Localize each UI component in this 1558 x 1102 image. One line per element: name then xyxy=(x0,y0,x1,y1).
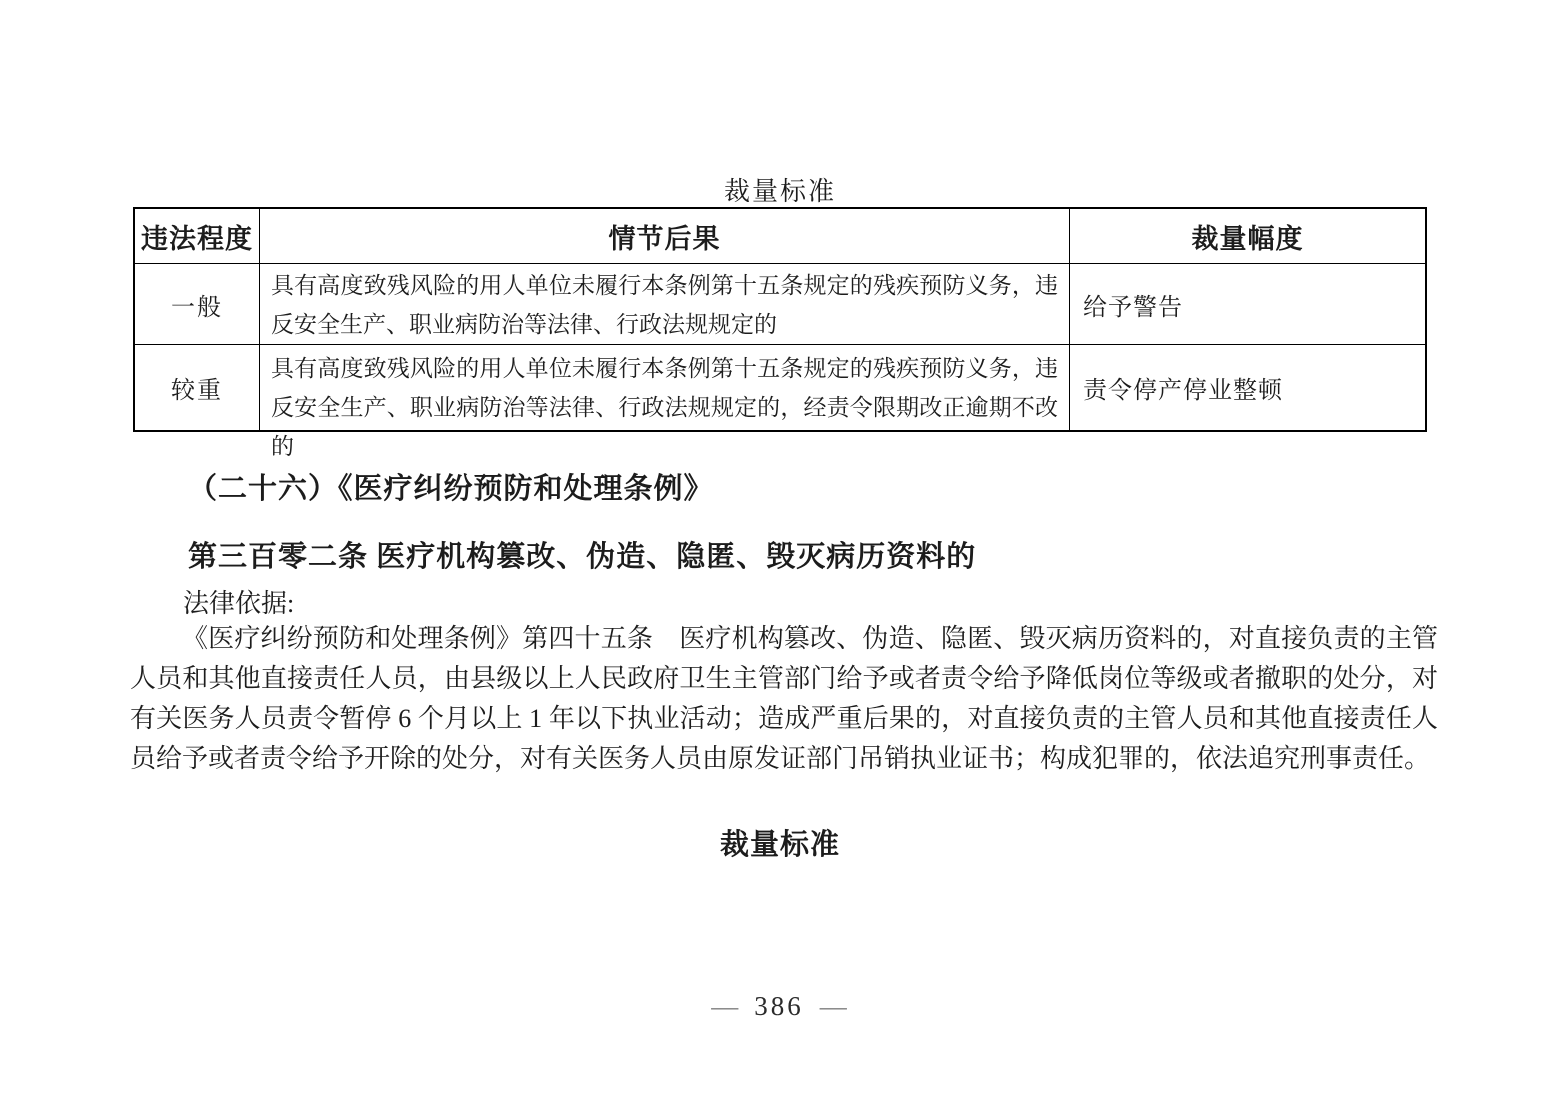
legal-basis-text: 《医疗纠纷预防和处理条例》第四十五条 医疗机构篡改、伪造、隐匿、毁灭病历资料的，… xyxy=(130,619,1438,779)
page-number: 386 xyxy=(754,991,804,1021)
discretion-table: 违法程度 情节后果 裁量幅度 一般 具有高度致残风险的用人单位未履行本条例第十五… xyxy=(133,207,1427,432)
table-row-general-circumstance: 具有高度致残风险的用人单位未履行本条例第十五条规定的残疾预防义务，违反安全生产、… xyxy=(260,264,1070,345)
col-header-circumstances: 情节后果 xyxy=(260,209,1070,264)
document-page: 裁量标准 违法程度 情节后果 裁量幅度 一般 具有高度致残风险的用人单位未履行本… xyxy=(0,0,1558,1102)
page-footer: —386— xyxy=(0,991,1558,1022)
footer-right-dash: — xyxy=(820,991,847,1021)
legal-basis-label: 法律依据: xyxy=(133,583,294,620)
footer-left-dash: — xyxy=(711,991,738,1021)
standard-title: 裁量标准 xyxy=(133,822,1427,863)
table-row-general-range: 给予警告 xyxy=(1070,264,1425,345)
section-heading: （二十六）《医疗纠纷预防和处理条例》 xyxy=(133,466,714,507)
col-header-discretion-range: 裁量幅度 xyxy=(1070,209,1425,264)
table-row-serious-circumstance: 具有高度致残风险的用人单位未履行本条例第十五条规定的残疾预防义务，违反安全生产、… xyxy=(260,345,1070,430)
table-row-serious-degree: 较重 xyxy=(135,345,260,430)
table-row-serious-range: 责令停产停业整顿 xyxy=(1070,345,1425,430)
table-row-general-degree: 一般 xyxy=(135,264,260,345)
table-title: 裁量标准 xyxy=(133,171,1427,208)
article-heading: 第三百零二条 医疗机构篡改、伪造、隐匿、毁灭病历资料的 xyxy=(133,534,976,575)
col-header-violation-degree: 违法程度 xyxy=(135,209,260,264)
